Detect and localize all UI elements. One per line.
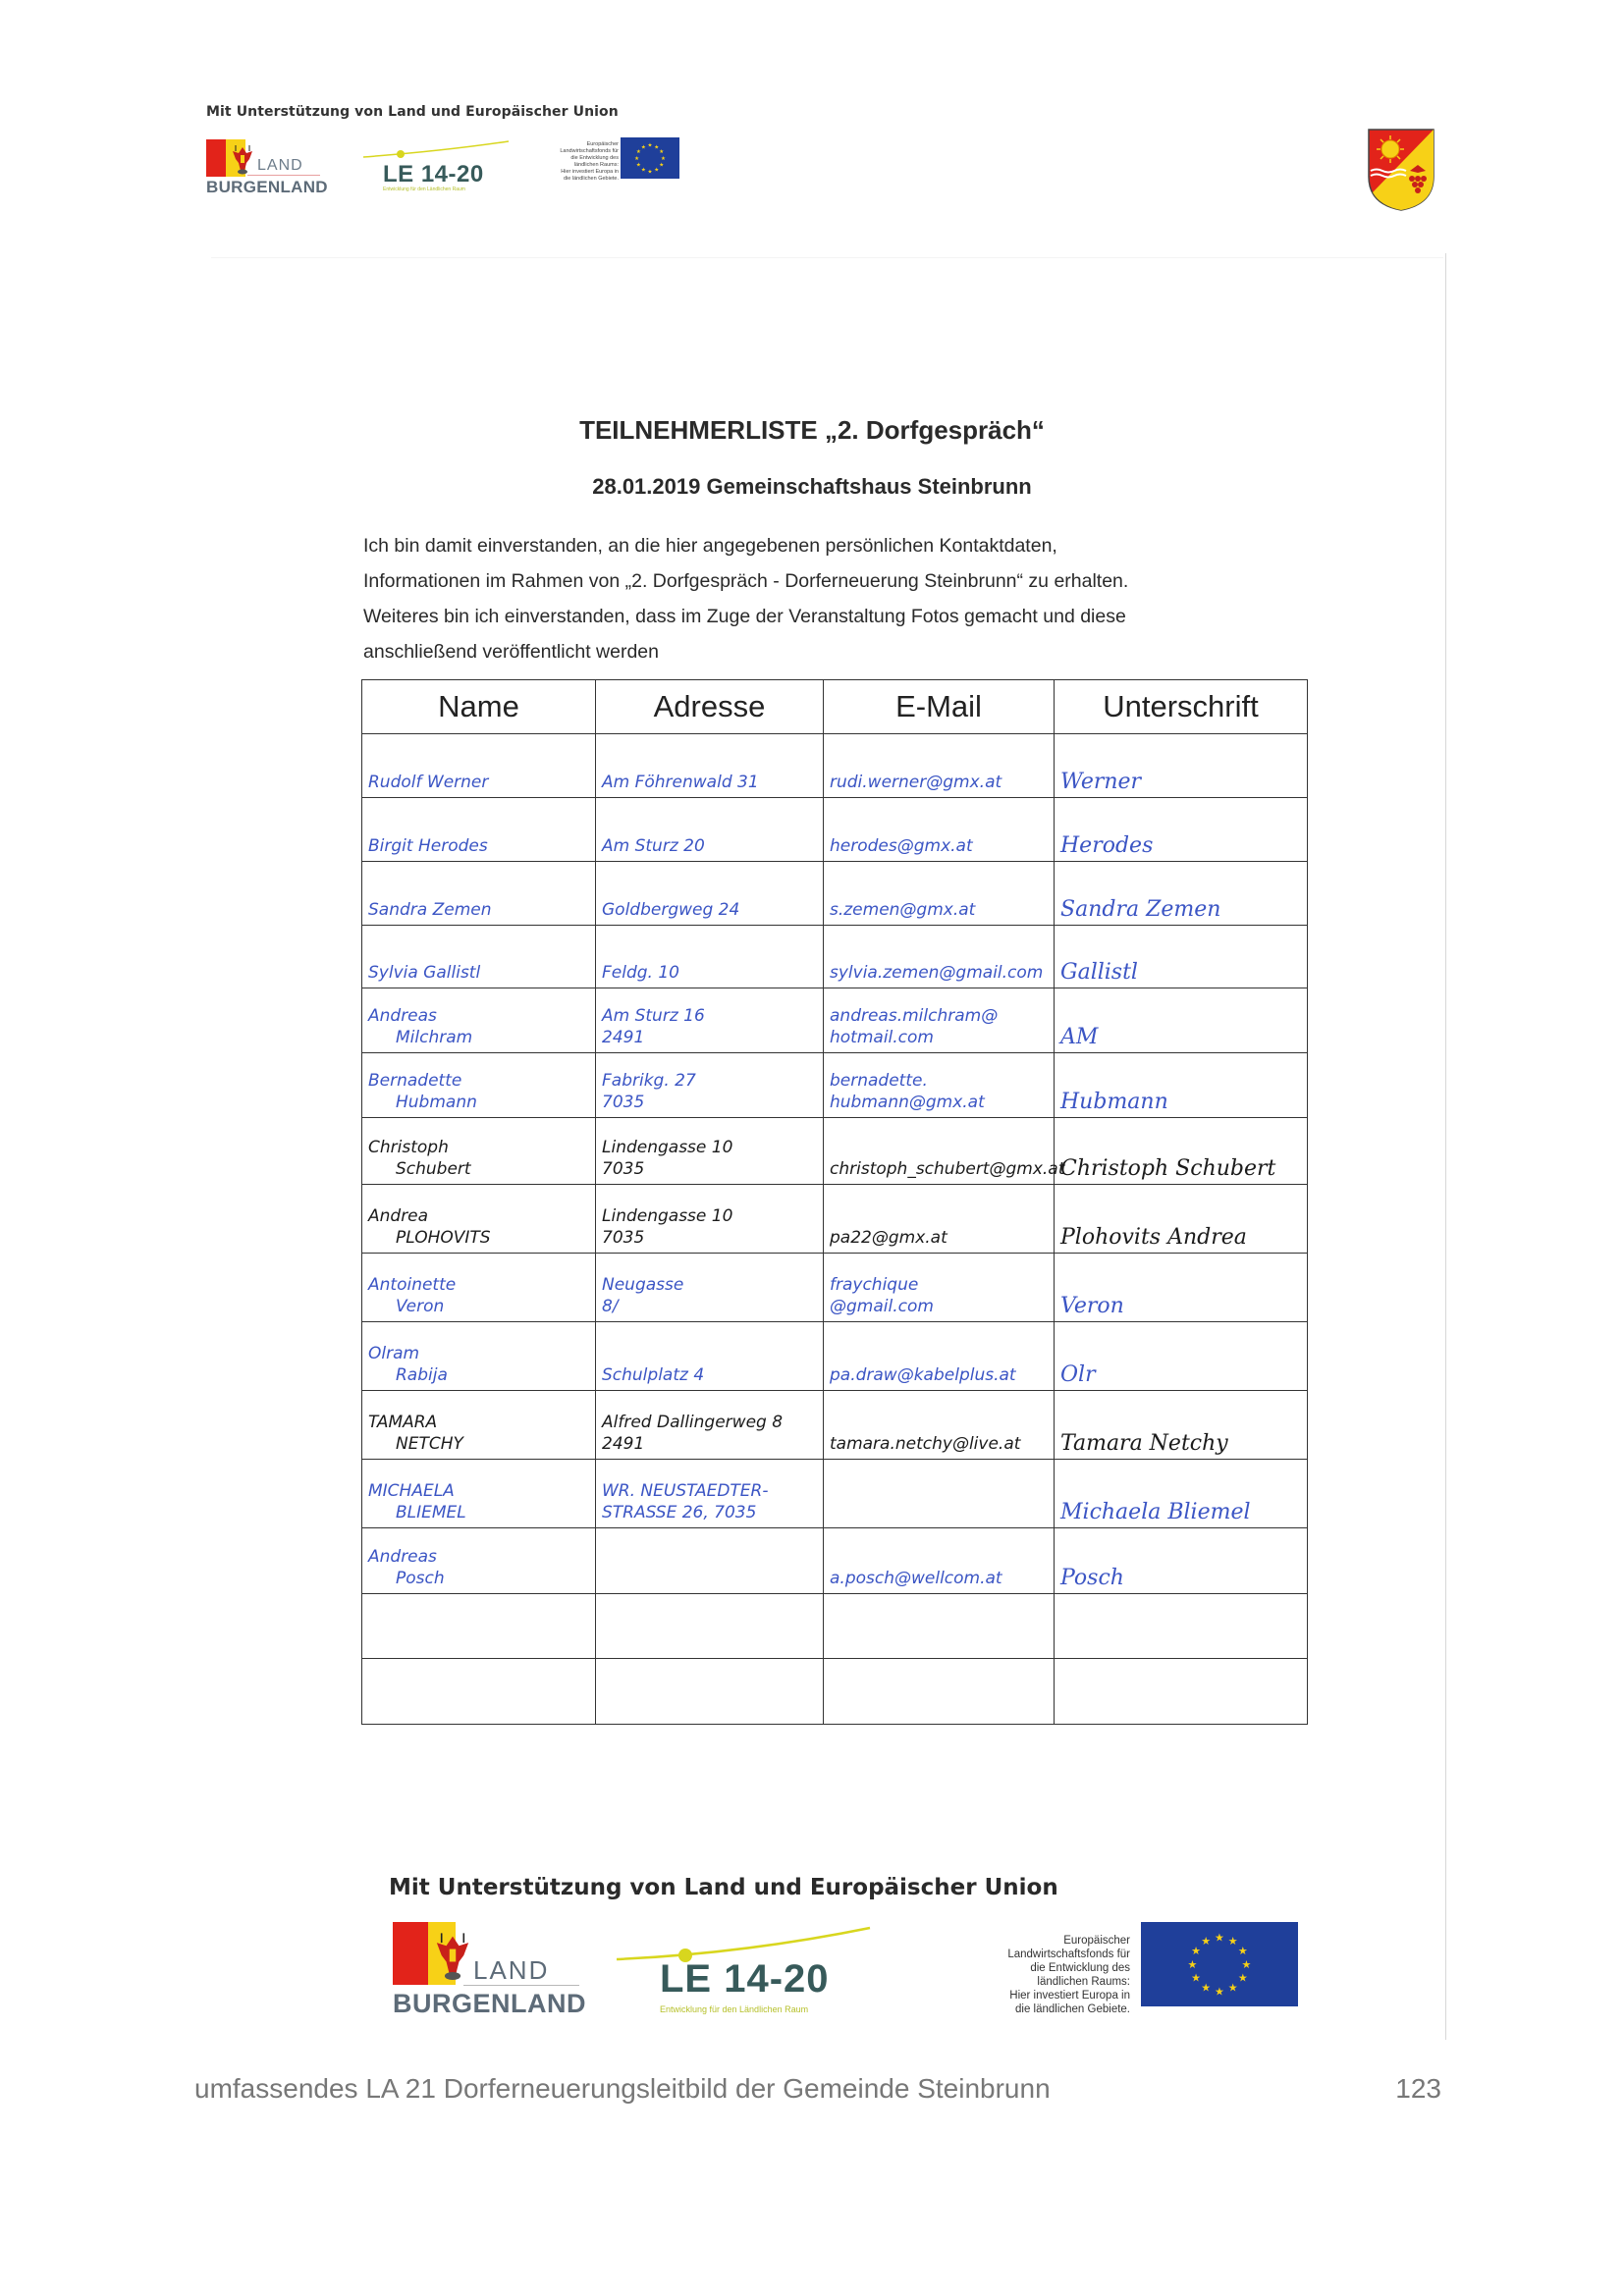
participant-name: BernadetteHubmann: [362, 1053, 596, 1118]
bottom-burgenland-logo: LAND BURGENLAND: [393, 1922, 589, 2020]
participant-table: Name Adresse E-Mail Unterschrift Rudolf …: [361, 679, 1308, 1725]
svg-text:★: ★: [1238, 1946, 1248, 1957]
participant-email: herodes@gmx.at: [824, 798, 1055, 862]
participant-email: fraychique@gmail.com: [824, 1254, 1055, 1322]
le-14-20-logo: LE 14-20 Entwicklung für den Ländlichen …: [363, 139, 511, 198]
participant-name: [362, 1659, 596, 1725]
svg-text:★: ★: [1215, 1932, 1224, 1944]
svg-text:★: ★: [1215, 1986, 1224, 1998]
participant-email: pa.draw@kabelplus.at: [824, 1322, 1055, 1391]
table-row: OlramRabijaSchulplatz 4pa.draw@kabelplus…: [362, 1322, 1308, 1391]
table-row: TAMARANETCHYAlfred Dallingerweg 82491tam…: [362, 1391, 1308, 1460]
table-row: AndreaPLOHOVITSLindengasse 107035pa22@gm…: [362, 1185, 1308, 1254]
participant-name: AndreasPosch: [362, 1528, 596, 1594]
svg-text:★: ★: [661, 156, 666, 162]
steinbrunn-coat-of-arms-icon: [1367, 128, 1435, 212]
svg-text:★: ★: [1191, 1973, 1201, 1985]
document-title: TEILNEHMERLISTE „2. Dorfgespräch“: [0, 415, 1624, 446]
table-row: BernadetteHubmannFabrikg. 277035bernadet…: [362, 1053, 1308, 1118]
participant-signature: AM: [1055, 988, 1308, 1053]
scan-border-right: [1445, 253, 1446, 2040]
eu-flag-icon: ★★★★★★★★★★★★: [1141, 1922, 1298, 2006]
funding-caption: Mit Unterstützung von Land und Europäisc…: [206, 104, 619, 120]
svg-text:★: ★: [634, 156, 639, 162]
participant-email: [824, 1594, 1055, 1659]
participant-name: TAMARANETCHY: [362, 1391, 596, 1460]
participant-signature: Sandra Zemen: [1055, 862, 1308, 926]
participant-name: OlramRabija: [362, 1322, 596, 1391]
table-row: AndreasPoscha.posch@wellcom.atPosch: [362, 1528, 1308, 1594]
participant-address: Schulplatz 4: [596, 1322, 824, 1391]
table-row: Birgit HerodesAm Sturz 20herodes@gmx.atH…: [362, 798, 1308, 862]
participant-address: Neugasse8/: [596, 1254, 824, 1322]
le-title: LE 14-20: [383, 161, 484, 188]
participant-email: christoph_schubert@gmx.at: [824, 1118, 1055, 1185]
participant-signature: Hubmann: [1055, 1053, 1308, 1118]
participant-email: rudi.werner@gmx.at: [824, 734, 1055, 798]
participant-signature: Olr: [1055, 1322, 1308, 1391]
svg-text:★: ★: [659, 149, 664, 155]
participant-email: s.zemen@gmx.at: [824, 862, 1055, 926]
participant-name: AndreaPLOHOVITS: [362, 1185, 596, 1254]
table-row: AntoinetteVeronNeugasse8/fraychique@gmai…: [362, 1254, 1308, 1322]
logo-land-text: LAND: [257, 157, 303, 175]
participant-address: [596, 1594, 824, 1659]
le-subtitle: Entwicklung für den Ländlichen Raum: [383, 187, 465, 192]
participant-signature: Veron: [1055, 1254, 1308, 1322]
participant-signature: Gallistl: [1055, 926, 1308, 988]
page-number: 123: [1395, 2073, 1441, 2105]
svg-text:★: ★: [636, 163, 641, 169]
participant-address: Am Sturz 20: [596, 798, 824, 862]
svg-text:★: ★: [654, 168, 659, 174]
document-subtitle: 28.01.2019 Gemeinschaftshaus Steinbrunn: [0, 474, 1624, 500]
participant-email: sylvia.zemen@gmail.com: [824, 926, 1055, 988]
column-header-email: E-Mail: [824, 680, 1055, 734]
participant-address: Lindengasse 107035: [596, 1118, 824, 1185]
participant-email: a.posch@wellcom.at: [824, 1528, 1055, 1594]
table-row: ChristophSchubertLindengasse 107035chris…: [362, 1118, 1308, 1185]
participant-address: Goldbergweg 24: [596, 862, 824, 926]
table-row: [362, 1594, 1308, 1659]
svg-text:★: ★: [1228, 1983, 1238, 1995]
column-header-name: Name: [362, 680, 596, 734]
participant-email: andreas.milchram@hotmail.com: [824, 988, 1055, 1053]
participant-address: [596, 1528, 824, 1594]
table-row: Rudolf WernerAm Föhrenwald 31rudi.werner…: [362, 734, 1308, 798]
svg-text:★: ★: [1242, 1959, 1252, 1971]
burgenland-eagle-icon: [230, 143, 255, 175]
participant-name: AntoinetteVeron: [362, 1254, 596, 1322]
participant-signature: Christoph Schubert: [1055, 1118, 1308, 1185]
table-row: AndreasMilchramAm Sturz 162491andreas.mi…: [362, 988, 1308, 1053]
table-header-row: Name Adresse E-Mail Unterschrift: [362, 680, 1308, 734]
participant-name: Sandra Zemen: [362, 862, 596, 926]
svg-text:★: ★: [1191, 1946, 1201, 1957]
svg-text:★: ★: [648, 142, 653, 148]
scan-border-top: [211, 257, 1443, 258]
participant-email: pa22@gmx.at: [824, 1185, 1055, 1254]
top-funding-banner: Mit Unterstützung von Land und Europäisc…: [206, 104, 717, 202]
svg-text:★: ★: [648, 169, 653, 175]
footer-document-name: umfassendes LA 21 Dorferneuerungsleitbil…: [194, 2073, 1051, 2105]
participant-signature: Plohovits Andrea: [1055, 1185, 1308, 1254]
participant-address: WR. NEUSTAEDTER-STRASSE 26, 7035: [596, 1460, 824, 1528]
svg-text:★: ★: [1201, 1936, 1211, 1948]
participant-address: Am Föhrenwald 31: [596, 734, 824, 798]
participant-name: Sylvia Gallistl: [362, 926, 596, 988]
logo-burgenland-text: BURGENLAND: [206, 178, 328, 197]
eu-flag-icon: ★★★★★★★★★★★★: [621, 137, 679, 179]
bottom-funding-banner: Mit Unterstützung von Land und Europäisc…: [389, 1875, 1312, 2022]
participant-signature: Herodes: [1055, 798, 1308, 862]
consent-statement: Ich bin damit einverstanden, an die hier…: [363, 528, 1306, 669]
bottom-le-14-20-logo: LE 14-20 Entwicklung für den Ländlichen …: [617, 1924, 872, 2022]
participant-email: [824, 1659, 1055, 1725]
participant-address: [596, 1659, 824, 1725]
participant-name: [362, 1594, 596, 1659]
participant-address: Feldg. 10: [596, 926, 824, 988]
participant-email: [824, 1460, 1055, 1528]
participant-name: AndreasMilchram: [362, 988, 596, 1053]
table-body: Rudolf WernerAm Föhrenwald 31rudi.werner…: [362, 734, 1308, 1725]
participant-signature: Tamara Netchy: [1055, 1391, 1308, 1460]
svg-text:★: ★: [1201, 1983, 1211, 1995]
participant-name: Rudolf Werner: [362, 734, 596, 798]
svg-text:★: ★: [641, 144, 646, 150]
participant-email: bernadette.hubmann@gmx.at: [824, 1053, 1055, 1118]
participant-signature: [1055, 1659, 1308, 1725]
participant-signature: Werner: [1055, 734, 1308, 798]
svg-text:★: ★: [641, 168, 646, 174]
svg-text:★: ★: [1238, 1973, 1248, 1985]
participant-name: MICHAELABLIEMEL: [362, 1460, 596, 1528]
participant-signature: [1055, 1594, 1308, 1659]
bottom-funding-caption: Mit Unterstützung von Land und Europäisc…: [389, 1875, 1058, 1900]
table-row: Sandra ZemenGoldbergweg 24s.zemen@gmx.at…: [362, 862, 1308, 926]
participant-name: Birgit Herodes: [362, 798, 596, 862]
column-header-signature: Unterschrift: [1055, 680, 1308, 734]
participant-address: Fabrikg. 277035: [596, 1053, 824, 1118]
participant-signature: Posch: [1055, 1528, 1308, 1594]
column-header-address: Adresse: [596, 680, 824, 734]
table-row: Sylvia GallistlFeldg. 10sylvia.zemen@gma…: [362, 926, 1308, 988]
eafrd-text: Europäischer Landwirtschaftsfonds für di…: [501, 141, 619, 200]
burgenland-eagle-icon: [432, 1928, 473, 1983]
table-row: [362, 1659, 1308, 1725]
participant-email: tamara.netchy@live.at: [824, 1391, 1055, 1460]
svg-text:★: ★: [1187, 1959, 1197, 1971]
table-row: MICHAELABLIEMELWR. NEUSTAEDTER-STRASSE 2…: [362, 1460, 1308, 1528]
participant-address: Lindengasse 107035: [596, 1185, 824, 1254]
participant-address: Alfred Dallingerweg 82491: [596, 1391, 824, 1460]
svg-text:★: ★: [1228, 1936, 1238, 1948]
participant-address: Am Sturz 162491: [596, 988, 824, 1053]
burgenland-logo: LAND BURGENLAND: [206, 139, 324, 198]
svg-text:★: ★: [659, 163, 664, 169]
participant-signature: Michaela Bliemel: [1055, 1460, 1308, 1528]
bottom-eafrd-text: Europäischer Landwirtschaftsfonds für di…: [934, 1934, 1130, 2016]
participant-name: ChristophSchubert: [362, 1118, 596, 1185]
